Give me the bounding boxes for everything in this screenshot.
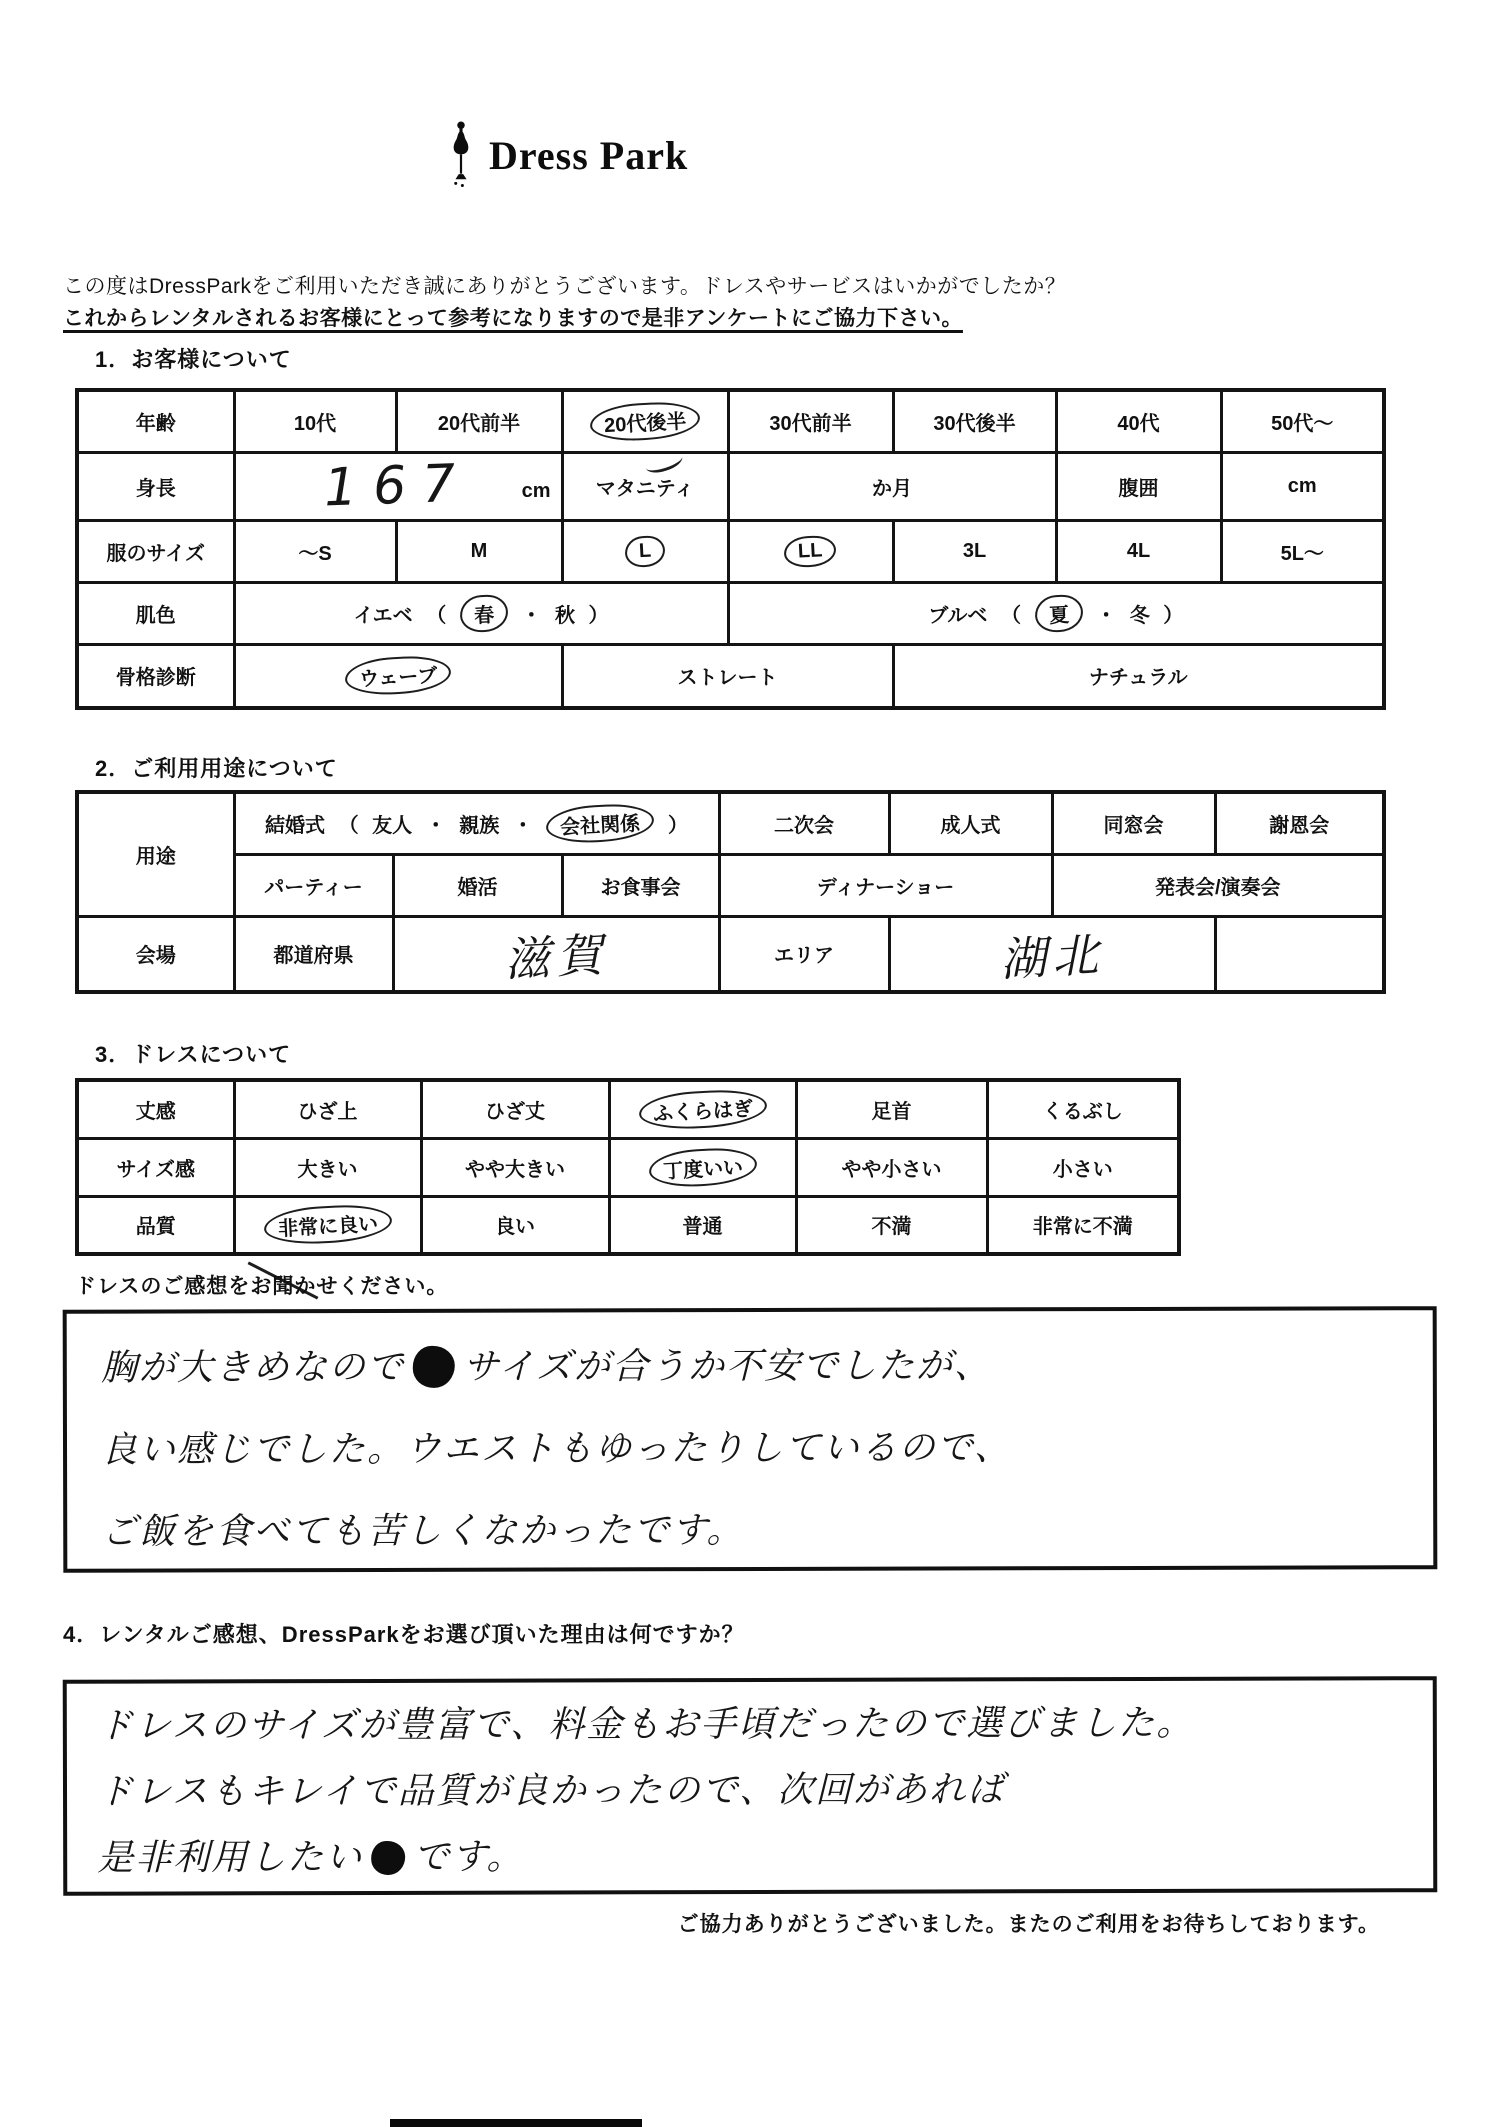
skin-blue-label: ブルベ — [928, 605, 987, 627]
paren: （ — [426, 605, 446, 627]
dress-mannequin-icon — [443, 120, 479, 190]
quality-label: 品質 — [77, 1196, 234, 1254]
area-label: エリア — [719, 916, 889, 992]
paren: ） — [668, 815, 688, 837]
selection-circle: ウェーブ — [344, 654, 452, 697]
purpose-option-matchmaking: 婚活 — [393, 854, 562, 916]
length-option-knee: ひざ丈 — [421, 1080, 609, 1138]
intro-request-text: これからレンタルされるお客様にとって参考になりますので是非アンケートにご協力下さ… — [63, 302, 963, 332]
survey-scan-page: Dress Park この度はDressParkをご利用いただき誠にありがとうご… — [0, 0, 1500, 2127]
paren: ） — [1163, 605, 1183, 627]
age-option-40s: 40代 — [1056, 390, 1221, 452]
section1-heading: 1．お客様について — [95, 343, 292, 374]
quality-option-unsatisfied: 不満 — [796, 1196, 987, 1254]
selection-circle: L — [624, 534, 666, 567]
purpose-option-afterparty: 二次会 — [719, 792, 889, 854]
area-value-handwritten: 湖北 — [998, 918, 1105, 989]
waist-label: 腹囲 — [1056, 452, 1221, 520]
skin-blue-base-cell: ブルベ （ 夏 ・ 冬 ） — [728, 582, 1384, 644]
length-option-above-knee: ひざ上 — [234, 1080, 421, 1138]
dot-separator: ・ — [521, 605, 541, 627]
selection-circle: 会社関係 — [546, 802, 656, 845]
skeleton-row: 骨格診断 ウェーブ ストレート ナチュラル — [77, 644, 1384, 708]
purpose-option-dinner-show: ディナーショー — [719, 854, 1052, 916]
handwritten-line: 是非利用したいです。 — [97, 1822, 1433, 1891]
purpose-row-2: パーティー 婚活 お食事会 ディナーショー 発表会/演奏会 — [77, 854, 1384, 916]
quality-row: 品質 非常に良い 良い 普通 不満 非常に不満 — [77, 1196, 1179, 1254]
handwritten-line: ドレスのサイズが豊富で、料金もお手頃だったので選びました。 — [97, 1690, 1433, 1759]
size-option-ll-selected: LL — [728, 520, 893, 582]
fit-option-big: 大きい — [234, 1138, 421, 1196]
paren: （ — [1001, 605, 1021, 627]
paren: ） — [589, 605, 609, 627]
maternity-months-cell: か月 — [728, 452, 1056, 520]
venue-row: 会場 都道府県 滋賀 エリア 湖北 — [77, 916, 1384, 992]
size-option-5l: 5L～ — [1221, 520, 1384, 582]
fit-row: サイズ感 大きい やや大きい 丁度いい やや小さい 小さい — [77, 1138, 1179, 1196]
skeleton-option-wave-selected: ウェーブ — [234, 644, 562, 708]
dot-separator: ・ — [426, 815, 446, 837]
size-option-l-selected: L — [562, 520, 728, 582]
waist-unit-cell: cm — [1221, 452, 1384, 520]
scan-artifact-bar — [390, 2119, 642, 2127]
age-option-50s: 50代～ — [1221, 390, 1384, 452]
venue-label: 会場 — [77, 916, 234, 992]
section4-heading: 4．レンタルご感想、DressParkをお選び頂いた理由は何ですか？ — [63, 1618, 745, 1649]
age-row: 年齢 10代 20代前半 20代後半 30代前半 30代後半 40代 50代～ — [77, 390, 1384, 452]
section2-heading: 2．ご利用用途について — [95, 752, 338, 783]
customer-info-table: 年齢 10代 20代前半 20代後半 30代前半 30代後半 40代 50代～ … — [75, 388, 1386, 710]
brand-logo: Dress Park — [443, 120, 688, 190]
skin-tone-row: 肌色 イエベ （ 春 ・ 秋 ） ブルベ （ 夏 ・ 冬 ） — [77, 582, 1384, 644]
skeleton-option-natural: ナチュラル — [893, 644, 1384, 708]
handwritten-text: 是非利用したい — [97, 1837, 363, 1879]
quality-option-excellent-selected: 非常に良い — [234, 1196, 421, 1254]
size-option-m: M — [396, 520, 562, 582]
rental-comment-box: ドレスのサイズが豊富で、料金もお手頃だったので選びました。 ドレスもキレイで品質… — [63, 1676, 1438, 1896]
purpose-option-coming-of-age: 成人式 — [889, 792, 1052, 854]
empty-region — [1215, 916, 1384, 992]
brand-name: Dress Park — [489, 132, 688, 179]
dot-separator: ・ — [513, 815, 533, 837]
age-label: 年齢 — [77, 390, 234, 452]
age-option-late20s-selected: 20代後半 — [562, 390, 728, 452]
length-option-calf-selected: ふくらはぎ — [609, 1080, 796, 1138]
dot-separator: ・ — [1096, 605, 1116, 627]
skin-label: 肌色 — [77, 582, 234, 644]
handwritten-text: 胸が大きめなので — [101, 1347, 405, 1389]
wedding-option-family: 親族 — [459, 815, 499, 837]
selection-circle: 夏 — [1034, 593, 1084, 632]
wedding-label: 結婚式 — [265, 815, 325, 837]
purpose-label: 用途 — [77, 792, 234, 916]
purpose-option-party: パーティー — [234, 854, 393, 916]
fit-label: サイズ感 — [77, 1138, 234, 1196]
intro-thanks-text: この度はDressParkをご利用いただき誠にありがとうございます。ドレスやサー… — [63, 270, 1066, 300]
wedding-option-friend: 友人 — [372, 815, 412, 837]
skeleton-label: 骨格診断 — [77, 644, 234, 708]
age-option-10s: 10代 — [234, 390, 396, 452]
quality-option-normal: 普通 — [609, 1196, 796, 1254]
selection-circle: 春 — [459, 593, 509, 632]
length-option-anklebone: くるぶし — [987, 1080, 1179, 1138]
skin-yellow-label: イエベ — [353, 605, 412, 627]
dress-comment-box: 胸が大きめなのでサイズが合うか不安でしたが、 良い感じでした。ウエストもゆったり… — [63, 1306, 1438, 1573]
handwritten-line: 良い感じでした。ウエストもゆったりしているので、 — [101, 1406, 1433, 1491]
handwritten-line: 胸が大きめなのでサイズが合うか不安でしたが、 — [101, 1324, 1433, 1409]
age-option-early30s: 30代前半 — [728, 390, 893, 452]
selection-circle: 丁度いい — [648, 1146, 758, 1189]
size-option-s: ～S — [234, 520, 396, 582]
skin-autumn-option: 秋 — [555, 605, 575, 627]
prefecture-label: 都道府県 — [234, 916, 393, 992]
closing-note: ご協力ありがとうございました。またのご利用をお待ちしております。 — [63, 1908, 1380, 1938]
clothing-size-row: 服のサイズ ～S M L LL 3L 4L 5L～ — [77, 520, 1384, 582]
handwritten-line: ドレスもキレイで品質が良かったので、次回があれば — [97, 1756, 1433, 1825]
paren: （ — [339, 815, 359, 837]
selection-circle: 20代後半 — [589, 400, 701, 443]
prefecture-value-cell: 滋賀 — [393, 916, 719, 992]
purpose-option-dinner: お食事会 — [562, 854, 719, 916]
fit-option-just-right-selected: 丁度いい — [609, 1138, 796, 1196]
purpose-option-thanks-party: 謝恩会 — [1215, 792, 1384, 854]
skin-yellow-base-cell: イエベ （ 春 ・ 秋 ） — [234, 582, 728, 644]
wedding-cell: 結婚式 （ 友人 ・ 親族 ・ 会社関係 ） — [234, 792, 719, 854]
length-row: 丈感 ひざ上 ひざ丈 ふくらはぎ 足首 くるぶし — [77, 1080, 1179, 1138]
fit-option-slightly-small: やや小さい — [796, 1138, 987, 1196]
height-value-cell: 167 cm — [234, 452, 562, 520]
size-option-3l: 3L — [893, 520, 1056, 582]
height-label: 身長 — [77, 452, 234, 520]
age-option-early20s: 20代前半 — [396, 390, 562, 452]
purpose-row-1: 用途 結婚式 （ 友人 ・ 親族 ・ 会社関係 ） 二次会 成人式 同窓会 謝恩… — [77, 792, 1384, 854]
length-option-ankle: 足首 — [796, 1080, 987, 1138]
length-label: 丈感 — [77, 1080, 234, 1138]
handwritten-text: サイズが合うか不安でしたが、 — [463, 1345, 992, 1387]
usage-table: 用途 結婚式 （ 友人 ・ 親族 ・ 会社関係 ） 二次会 成人式 同窓会 謝恩… — [75, 790, 1386, 994]
redaction-scribble — [413, 1346, 455, 1388]
area-value-cell: 湖北 — [889, 916, 1215, 992]
handwritten-line: ご飯を食べても苦しくなかったです。 — [101, 1488, 1433, 1573]
redaction-scribble — [371, 1841, 405, 1875]
quality-option-good: 良い — [421, 1196, 609, 1254]
quality-option-very-unsatisfied: 非常に不満 — [987, 1196, 1179, 1254]
purpose-option-recital: 発表会/演奏会 — [1052, 854, 1384, 916]
maternity-label: マタニティ — [562, 452, 728, 520]
age-option-late30s: 30代後半 — [893, 390, 1056, 452]
purpose-option-reunion: 同窓会 — [1052, 792, 1215, 854]
selection-circle: 非常に良い — [263, 1203, 393, 1247]
dress-comment-prompt: ドレスのご感想をお聞かせください。 — [75, 1270, 448, 1300]
dress-table: 丈感 ひざ上 ひざ丈 ふくらはぎ 足首 くるぶし サイズ感 大きい やや大きい … — [75, 1078, 1181, 1256]
skin-winter-option: 冬 — [1130, 605, 1150, 627]
selection-circle: ふくらはぎ — [638, 1087, 768, 1131]
size-option-4l: 4L — [1056, 520, 1221, 582]
height-value-handwritten: 167 — [323, 453, 472, 518]
fit-option-slightly-big: やや大きい — [421, 1138, 609, 1196]
prefecture-value-handwritten: 滋賀 — [502, 918, 609, 989]
selection-circle: LL — [784, 534, 838, 568]
skeleton-option-straight: ストレート — [562, 644, 893, 708]
size-label: 服のサイズ — [77, 520, 234, 582]
section3-heading: 3．ドレスについて — [95, 1038, 291, 1069]
fit-option-small: 小さい — [987, 1138, 1179, 1196]
height-unit: cm — [522, 480, 551, 503]
handwritten-text: です。 — [413, 1837, 524, 1878]
height-row: 身長 167 cm マタニティ か月 腹囲 cm — [77, 452, 1384, 520]
